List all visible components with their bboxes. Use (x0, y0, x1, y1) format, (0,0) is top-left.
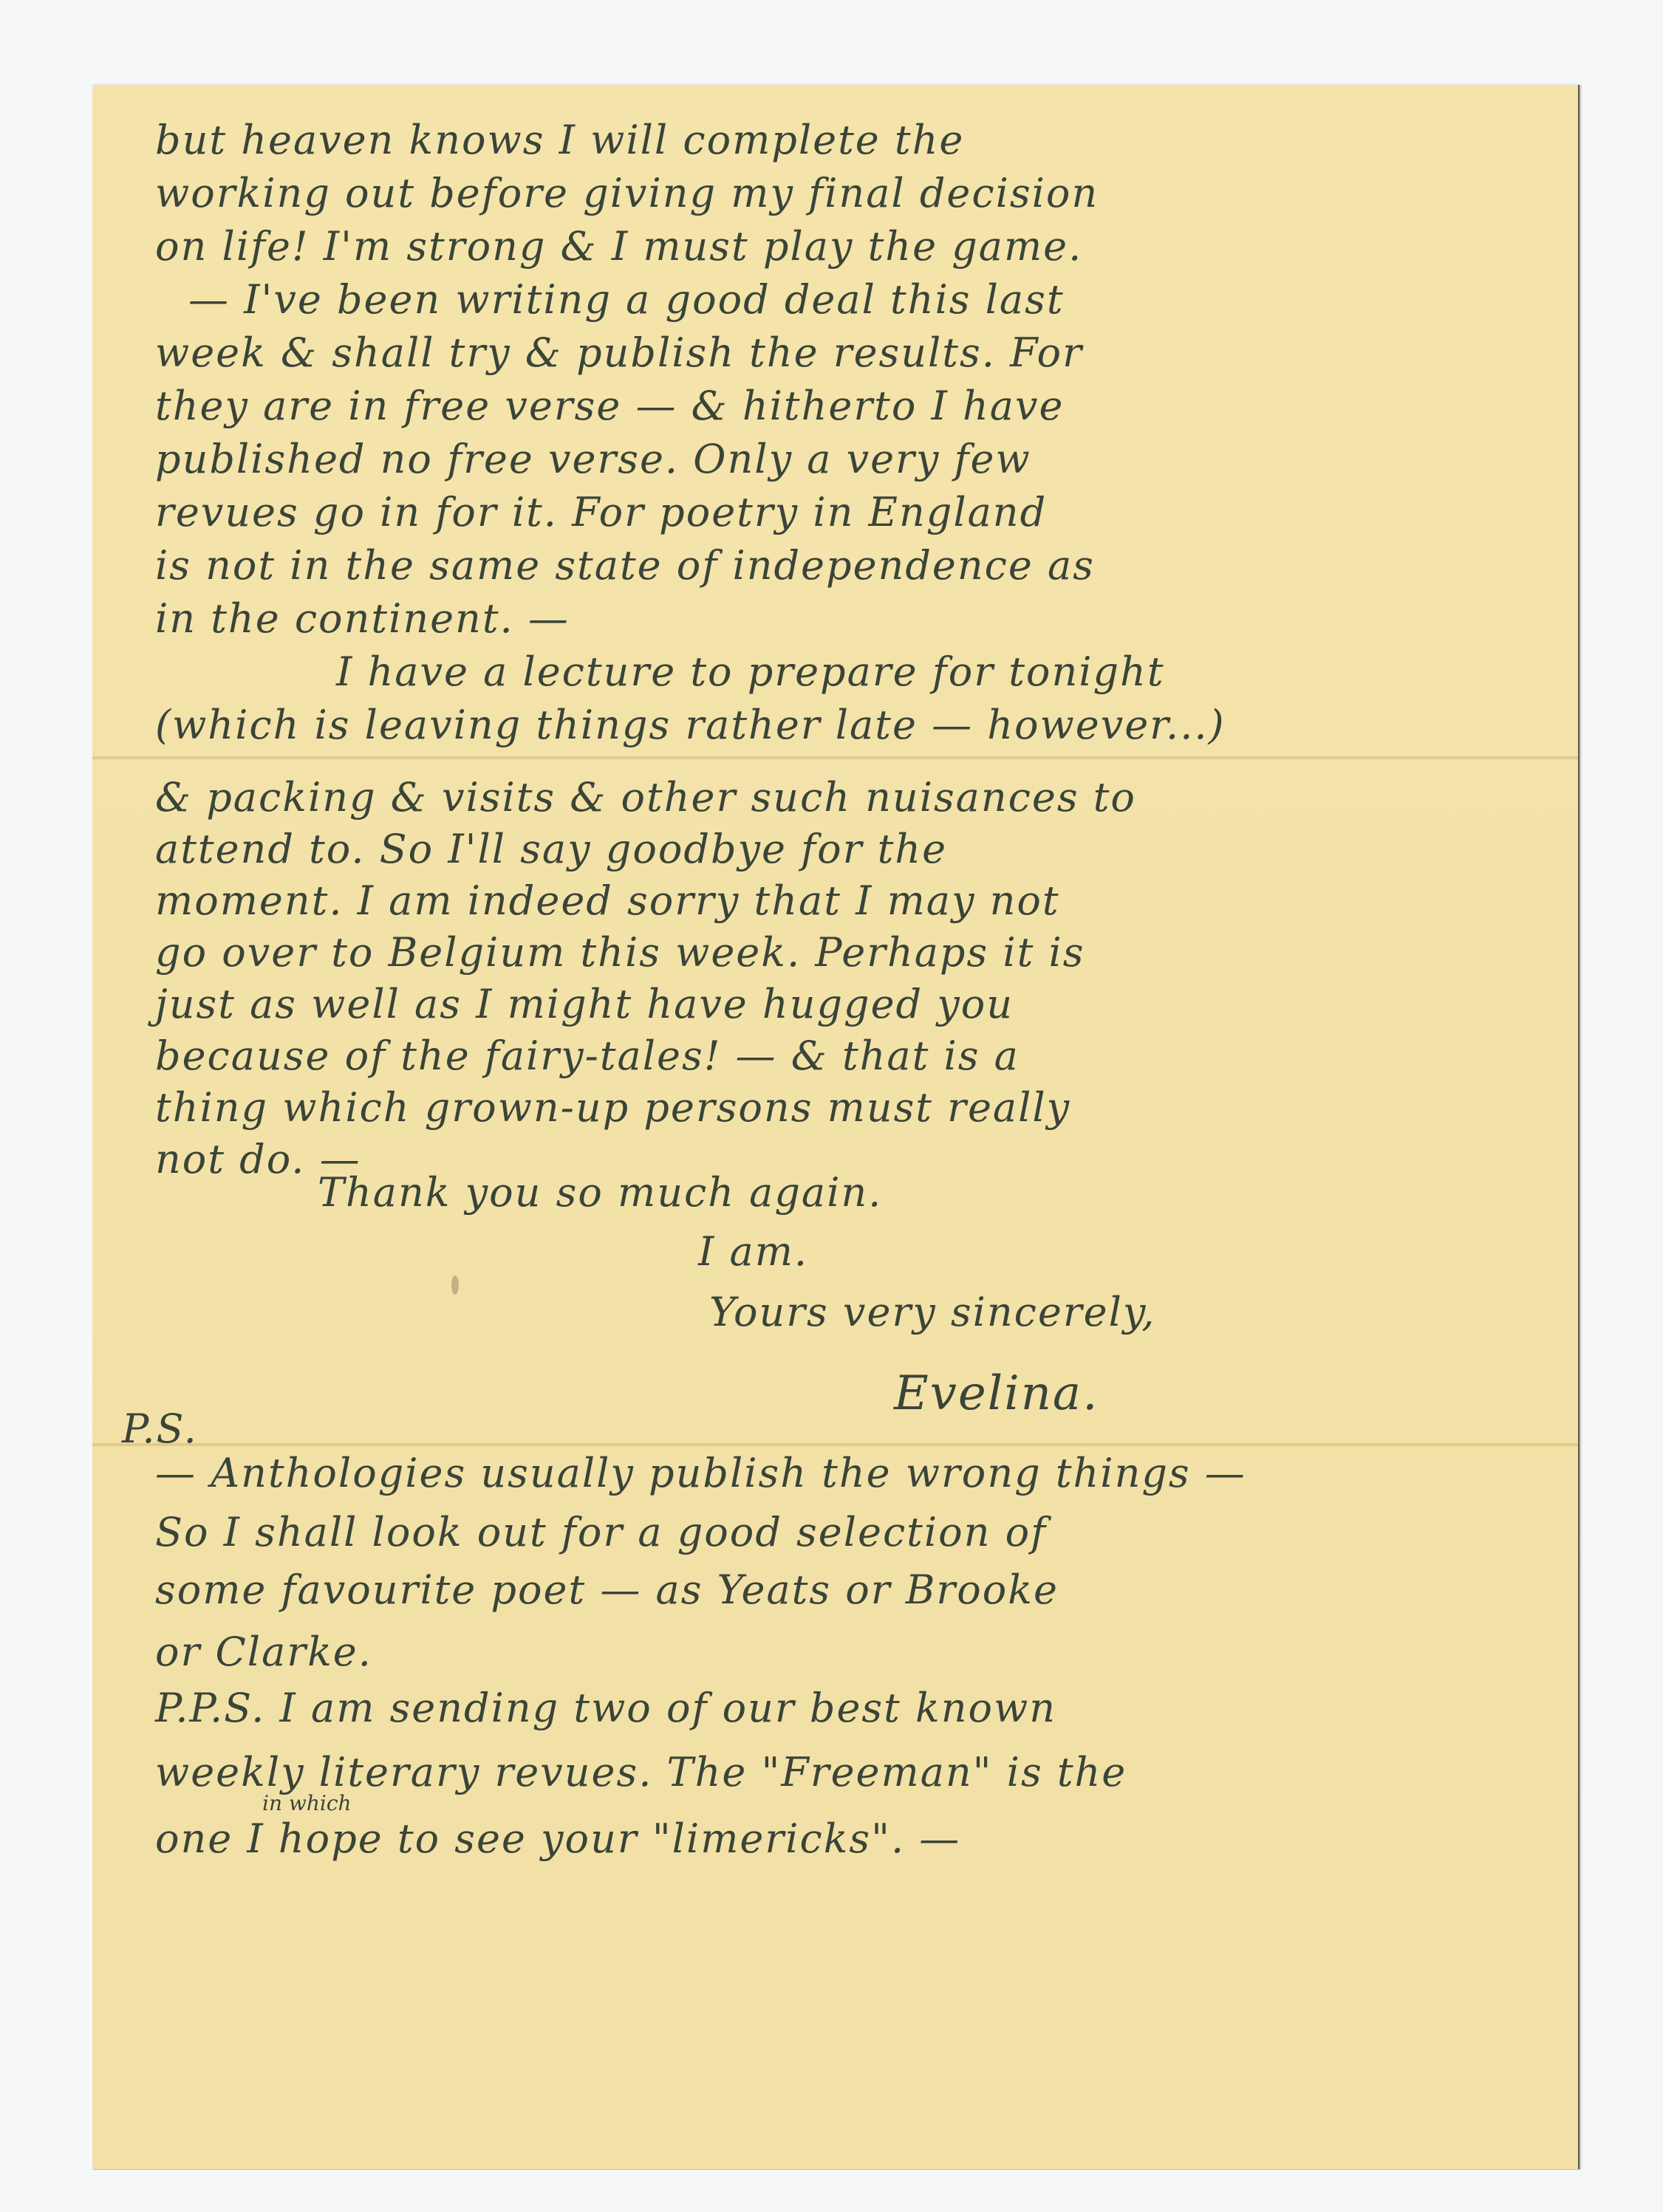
letter-line: (which is leaving things rather late — h… (155, 703, 1226, 747)
ps-line: So I shall look out for a good selection… (155, 1510, 1047, 1555)
signature: Evelina. (894, 1372, 1099, 1416)
letter-page: but heaven knows I will complete the wor… (92, 85, 1580, 2169)
pps-line: weekly literary revues. The "Freeman" is… (155, 1750, 1127, 1795)
letter-line: revues go in for it. For poetry in Engla… (155, 490, 1047, 535)
closing-valediction: Yours very sincerely, (709, 1290, 1155, 1335)
letter-line: is not in the same state of independence… (155, 544, 1095, 588)
letter-line: I have a lecture to prepare for tonight (336, 650, 1165, 694)
letter-line: but heaven knows I will complete the (155, 118, 964, 162)
ink-stain (451, 1276, 459, 1295)
letter-line: in the continent. — (155, 597, 570, 641)
letter-line: — I've been writing a good deal this las… (188, 278, 1065, 322)
pps-line: one I hope to see your "limericks". — (155, 1817, 960, 1861)
ps-line: — Anthologies usually publish the wrong … (155, 1451, 1246, 1496)
ps-line: or Clarke. (155, 1630, 372, 1674)
letter-line: & packing & visits & other such nuisance… (155, 775, 1136, 820)
letter-line: go over to Belgium this week. Perhaps it… (155, 931, 1085, 975)
letter-line: they are in free verse — & hitherto I ha… (155, 384, 1064, 428)
closing-thanks: Thank you so much again. (318, 1171, 882, 1215)
pps-line: P.P.S. I am sending two of our best know… (155, 1686, 1056, 1730)
ps-line: some favourite poet — as Yeats or Brooke (155, 1568, 1059, 1612)
letter-line: thing which grown-up persons must really (155, 1086, 1070, 1130)
letter-line: moment. I am indeed sorry that I may not (155, 879, 1060, 923)
fold-crease (92, 756, 1578, 760)
ps-label: P.S. (122, 1407, 198, 1451)
letter-line: because of the fairy-tales! — & that is … (155, 1034, 1020, 1078)
closing-i-am: I am. (698, 1230, 808, 1274)
letter-line: just as well as I might have hugged you (155, 982, 1014, 1027)
fold-crease (92, 1442, 1578, 1447)
letter-line: on life! I'm strong & I must play the ga… (155, 225, 1082, 269)
letter-line: week & shall try & publish the results. … (155, 331, 1083, 375)
letter-line: published no free verse. Only a very few (155, 437, 1031, 482)
letter-line: attend to. So I'll say goodbye for the (155, 827, 947, 872)
letter-line: working out before giving my final decis… (155, 171, 1099, 216)
pps-insertion: in which (262, 1791, 352, 1815)
